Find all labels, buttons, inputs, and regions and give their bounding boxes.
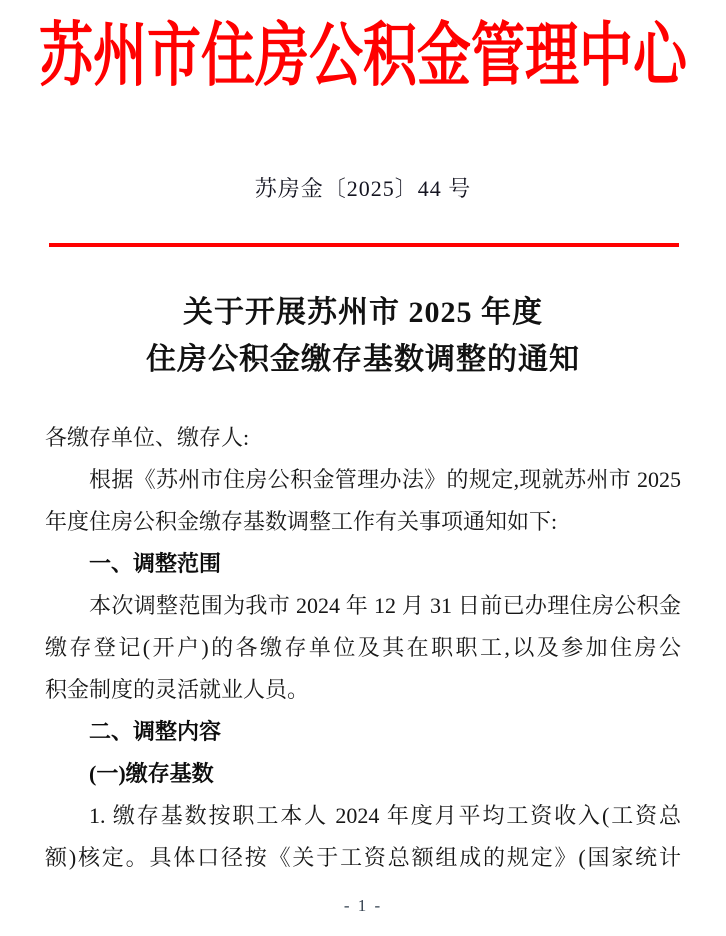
item-1-paragraph-line-2: 额)核定。具体口径按《关于工资总额组成的规定》(国家统计 [45, 837, 681, 879]
document-number: 苏房金〔2025〕44 号 [0, 172, 726, 203]
red-divider-line [49, 243, 679, 247]
document-body: 各缴存单位、缴存人: 根据《苏州市住房公积金管理办法》的规定,现就苏州市 202… [45, 417, 681, 879]
section-2-heading: 二、调整内容 [45, 711, 681, 753]
section-1-paragraph-line-3: 积金制度的灵活就业人员。 [45, 669, 681, 711]
salutation-line: 各缴存单位、缴存人: [45, 417, 681, 459]
document-title-line-2: 住房公积金缴存基数调整的通知 [0, 336, 726, 383]
agency-name-header: 苏州市住房公积金管理中心 [0, 20, 726, 93]
intro-paragraph-line-2: 年度住房公积金缴存基数调整工作有关事项通知如下: [45, 501, 681, 543]
section-1-heading: 一、调整范围 [45, 543, 681, 585]
subsection-1-heading: (一)缴存基数 [45, 753, 681, 795]
item-1-paragraph-line-1: 1. 缴存基数按职工本人 2024 年度月平均工资收入(工资总 [45, 795, 681, 837]
document-title-line-1: 关于开展苏州市 2025 年度 [0, 289, 726, 336]
document-title: 关于开展苏州市 2025 年度 住房公积金缴存基数调整的通知 [0, 289, 726, 383]
section-1-paragraph-line-1: 本次调整范围为我市 2024 年 12 月 31 日前已办理住房公积金 [45, 585, 681, 627]
document-page: 苏州市住房公积金管理中心 苏房金〔2025〕44 号 关于开展苏州市 2025 … [0, 0, 726, 936]
section-1-paragraph-line-2: 缴存登记(开户)的各缴存单位及其在职职工,以及参加住房公 [45, 627, 681, 669]
intro-paragraph-line-1: 根据《苏州市住房公积金管理办法》的规定,现就苏州市 2025 [45, 459, 681, 501]
page-number: - 1 - [0, 896, 726, 916]
